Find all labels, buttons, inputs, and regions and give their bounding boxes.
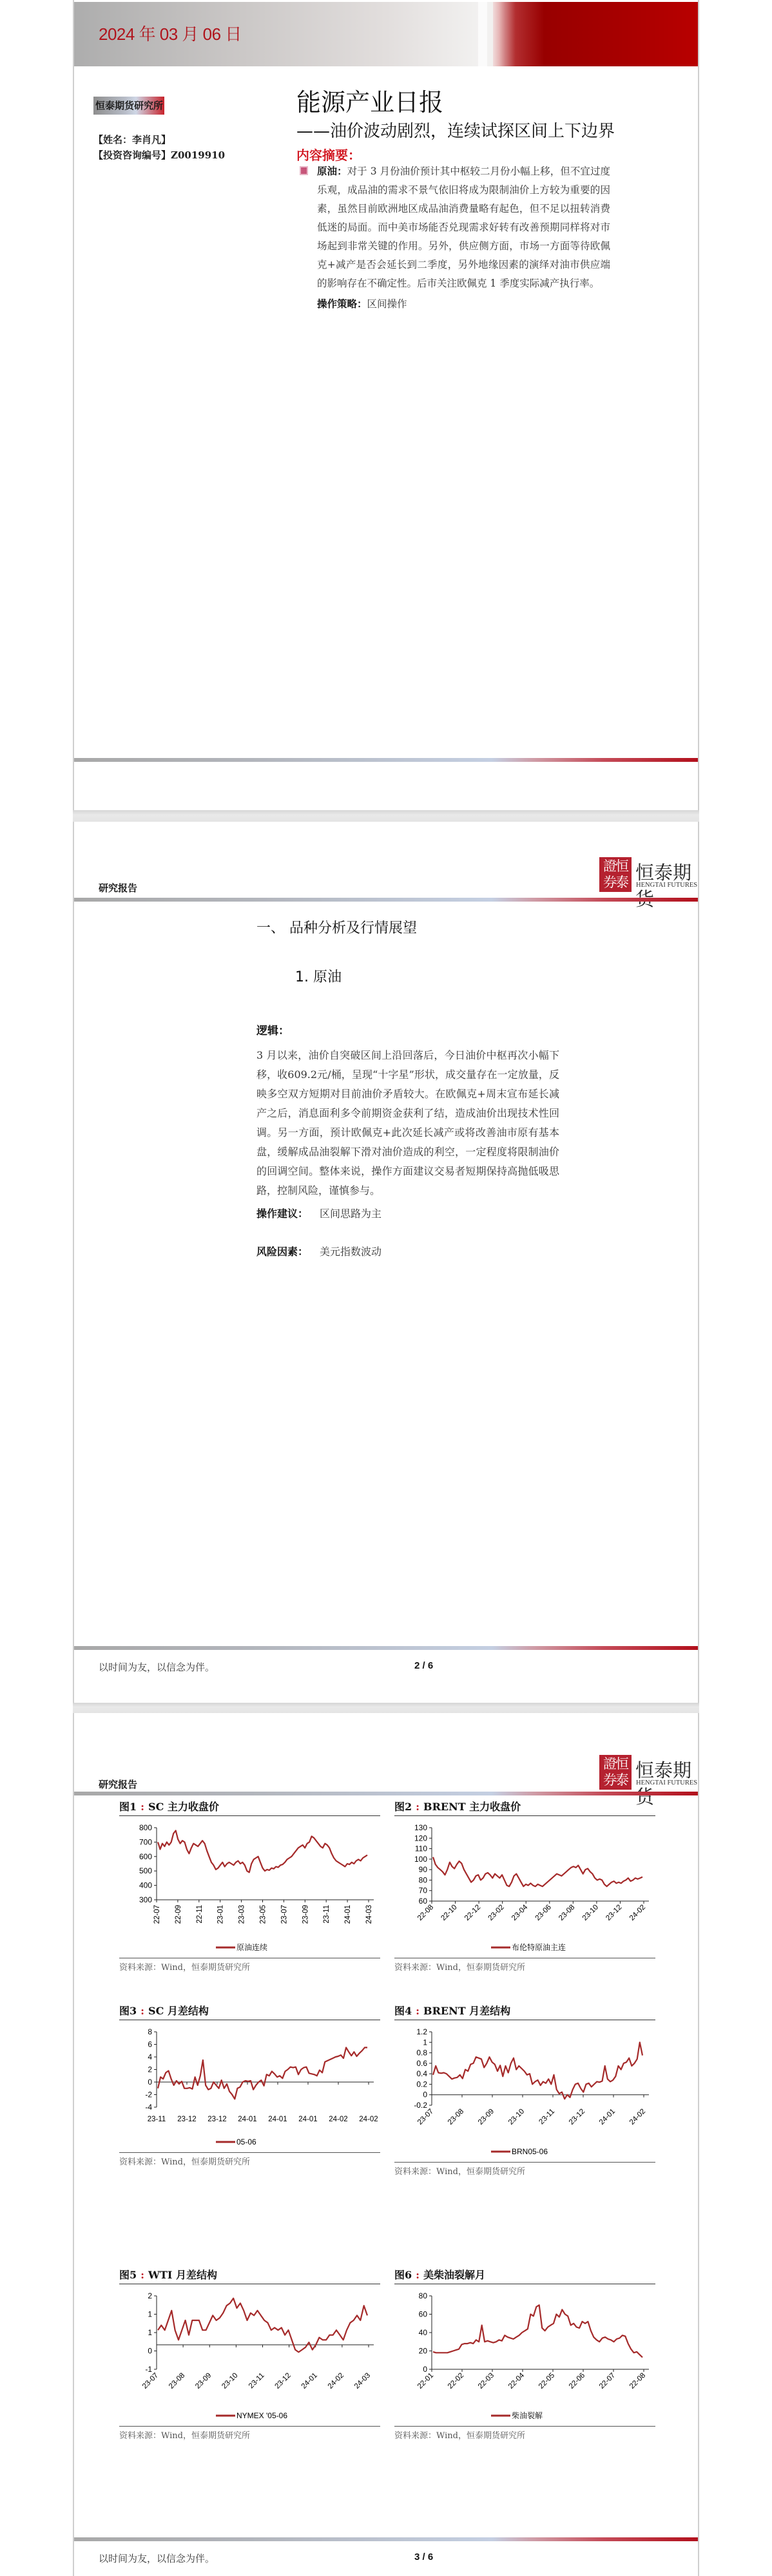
svg-text:800: 800 [139, 1823, 152, 1832]
svg-text:22-01: 22-01 [416, 2372, 435, 2391]
svg-text:23-08: 23-08 [557, 1904, 576, 1922]
svg-text:0: 0 [423, 2090, 427, 2099]
header-divider [74, 1792, 698, 1795]
svg-text:23-10: 23-10 [507, 2108, 526, 2126]
svg-text:1: 1 [423, 2038, 427, 2047]
svg-text:24-01: 24-01 [300, 2372, 319, 2391]
svg-text:80: 80 [419, 2291, 428, 2300]
section-title: 一、 品种分析及行情展望 [256, 917, 417, 937]
svg-text:23-11: 23-11 [537, 2108, 556, 2126]
footer-divider [74, 1646, 698, 1650]
chart-plot: -0.200.20.40.60.811.223-0723-0823-0923-1… [394, 2020, 655, 2162]
footer-divider [74, 758, 698, 762]
company-logo: 證恒券泰 恒泰期货 HENGTAI FUTURES [599, 1755, 709, 1791]
logo-seal-icon: 證恒券泰 [599, 1755, 632, 1790]
svg-text:22-06: 22-06 [568, 2372, 586, 2391]
author-info: 【姓名：李肖凡】 【投资咨询编号】Z0019910 [93, 132, 225, 163]
chart-plot: 6070809010011012013022-0822-1022-1223-02… [394, 1816, 655, 1958]
svg-text:80: 80 [419, 1875, 428, 1884]
chart-plot: -1011223-0723-0823-0923-1023-1123-1224-0… [119, 2284, 380, 2426]
svg-text:70: 70 [419, 1886, 428, 1895]
svg-text:110: 110 [415, 1844, 427, 1853]
date-banner: 2024 年 03 月 06 日 [74, 2, 698, 66]
page-number: 2 / 6 [414, 1660, 433, 1671]
logic-paragraph: 3 月以来，油价自突破区间上沿回落后，今日油价中枢再次小幅下移，收609.2元/… [256, 1046, 559, 1200]
svg-text:130: 130 [414, 1823, 427, 1832]
report-subtitle: ——油价波动剧烈，连续试探区间上下边界 [296, 118, 615, 142]
svg-text:23-10: 23-10 [220, 2372, 239, 2391]
svg-text:22-10: 22-10 [439, 1904, 458, 1922]
chart-title: 图6:美柴油裂解月 [394, 2267, 665, 2284]
svg-text:22-07: 22-07 [153, 1905, 161, 1924]
advice-label: 操作建议： [256, 1207, 308, 1220]
svg-text:1: 1 [148, 2328, 152, 2337]
chart-plot: -4-20246823-1123-1223-1224-0124-0124-012… [119, 2020, 380, 2152]
chart-source: 资料来源：Wind，恒泰期货研究所 [394, 2429, 665, 2441]
svg-text:6: 6 [148, 2040, 152, 2049]
svg-text:22-07: 22-07 [598, 2372, 617, 2391]
svg-text:24-02: 24-02 [329, 2116, 347, 2123]
svg-text:2: 2 [148, 2065, 152, 2074]
svg-text:05-06: 05-06 [236, 2137, 256, 2146]
page-gap [73, 1703, 699, 1713]
svg-text:布伦特原油主连: 布伦特原油主连 [512, 1942, 566, 1952]
svg-text:700: 700 [139, 1837, 152, 1846]
svg-text:0: 0 [148, 2078, 152, 2087]
svg-text:-0.2: -0.2 [414, 2101, 427, 2110]
summary-text: 对于 3 月份油价预计其中枢较二月份小幅上移，但不宜过度乐观，成品油的需求不景气… [317, 166, 610, 289]
chart-fig3: 图3:SC 月差结构-4-20246823-1123-1223-1224-012… [119, 2003, 390, 2167]
chart-fig6: 图6:美柴油裂解月02040608022-0122-0222-0322-0422… [394, 2267, 665, 2441]
svg-text:22-12: 22-12 [463, 1904, 482, 1922]
report-date: 2024 年 03 月 06 日 [99, 21, 242, 45]
author-name: 【姓名：李肖凡】 [93, 132, 225, 147]
summary-label: 原油： [317, 165, 347, 177]
svg-text:23-11: 23-11 [323, 1905, 331, 1924]
risk-label: 风险因素： [256, 1245, 308, 1258]
chart-bottom-rule [394, 2426, 655, 2427]
chart-source: 资料来源：Wind，恒泰期货研究所 [119, 1960, 390, 1973]
footer-motto: 以时间为友，以信念为伴。 [99, 2552, 215, 2565]
chart-plot: 02040608022-0122-0222-0322-0422-0522-062… [394, 2284, 655, 2426]
page-1: 2024 年 03 月 06 日 恒泰期货研究所 【姓名：李肖凡】 【投资咨询编… [73, 0, 699, 810]
svg-text:24-03: 24-03 [353, 2372, 372, 2391]
svg-text:23-09: 23-09 [302, 1905, 309, 1924]
svg-text:23-01: 23-01 [217, 1905, 225, 1924]
page-number: 3 / 6 [414, 2552, 433, 2562]
svg-text:90: 90 [419, 1865, 428, 1874]
bullet-seal-icon [300, 166, 308, 175]
chart-fig5: 图5:WTI 月差结构-1011223-0723-0823-0923-1023-… [119, 2267, 390, 2441]
svg-text:0.2: 0.2 [416, 2079, 427, 2088]
svg-text:23-02: 23-02 [487, 1904, 505, 1922]
svg-text:22-08: 22-08 [628, 2372, 647, 2391]
report-title: 能源产业日报 [296, 82, 443, 118]
chart-title: 图2:BRENT 主力收盘价 [394, 1799, 665, 1815]
svg-text:24-01: 24-01 [268, 2116, 287, 2123]
author-license: 【投资咨询编号】Z0019910 [93, 147, 225, 163]
svg-text:23-06: 23-06 [534, 1904, 553, 1922]
svg-text:300: 300 [139, 1895, 152, 1904]
svg-text:23-12: 23-12 [604, 1904, 623, 1922]
svg-text:23-08: 23-08 [168, 2372, 186, 2391]
svg-text:0.4: 0.4 [416, 2069, 427, 2078]
footer-motto: 以时间为友，以信念为伴。 [99, 1660, 215, 1674]
chart-bottom-rule [119, 2152, 380, 2153]
strategy-value: 区间操作 [367, 298, 407, 310]
page-3: 研究报告 證恒券泰 恒泰期货 HENGTAI FUTURES 图1:SC 主力收… [73, 1713, 699, 2576]
strategy-label: 操作策略： [317, 298, 367, 310]
svg-text:24-01: 24-01 [598, 2108, 617, 2126]
svg-text:-1: -1 [145, 2365, 152, 2374]
svg-text:柴油裂解: 柴油裂解 [512, 2410, 543, 2420]
chart-source: 资料来源：Wind，恒泰期货研究所 [394, 2164, 665, 2177]
svg-text:60: 60 [419, 2310, 428, 2319]
summary-body: 原油：对于 3 月份油价预计其中枢较二月份小幅上移，但不宜过度乐观，成品油的需求… [317, 162, 610, 293]
chart-plot: 30040050060070080022-0722-0922-1123-0123… [119, 1816, 380, 1958]
svg-text:23-09: 23-09 [194, 2372, 213, 2391]
svg-text:23-12: 23-12 [568, 2108, 586, 2126]
chart-fig4: 图4:BRENT 月差结构-0.200.20.40.60.811.223-072… [394, 2003, 665, 2177]
svg-text:0: 0 [423, 2365, 427, 2374]
chart-title: 图5:WTI 月差结构 [119, 2267, 390, 2284]
header-divider [74, 898, 698, 902]
advice-row: 操作建议：区间思路为主 [256, 1206, 381, 1220]
svg-text:600: 600 [139, 1852, 152, 1861]
chart-source: 资料来源：Wind，恒泰期货研究所 [394, 1960, 665, 1973]
svg-text:24-02: 24-02 [359, 2116, 378, 2123]
svg-text:60: 60 [419, 1897, 428, 1906]
header-label: 研究报告 [99, 1777, 137, 1791]
svg-text:-2: -2 [145, 2090, 152, 2099]
svg-text:23-11: 23-11 [247, 2372, 266, 2391]
footer-divider [74, 2537, 698, 2541]
svg-text:1.2: 1.2 [416, 2027, 427, 2036]
svg-text:24-02: 24-02 [628, 2108, 647, 2126]
company-logo: 證恒券泰 恒泰期货 HENGTAI FUTURES [599, 857, 709, 893]
chart-bottom-rule [394, 2162, 655, 2163]
svg-text:23-12: 23-12 [273, 2372, 292, 2391]
chart-title: 图4:BRENT 月差结构 [394, 2003, 665, 2020]
svg-text:24-01: 24-01 [344, 1905, 352, 1924]
svg-text:23-07: 23-07 [280, 1905, 288, 1924]
logo-name-en: HENGTAI FUTURES [636, 1779, 697, 1786]
logo-seal-icon: 證恒券泰 [599, 857, 632, 892]
svg-text:23-04: 23-04 [510, 1903, 530, 1922]
svg-text:原油连续: 原油连续 [236, 1942, 267, 1952]
svg-text:23-10: 23-10 [581, 1904, 600, 1922]
svg-text:24-03: 24-03 [365, 1905, 373, 1924]
svg-text:23-11: 23-11 [148, 2116, 166, 2123]
svg-text:23-12: 23-12 [177, 2116, 196, 2123]
svg-text:BRN05-06: BRN05-06 [512, 2147, 548, 2156]
svg-text:24-02: 24-02 [628, 1904, 647, 1922]
logic-heading: 逻辑： [256, 1021, 289, 1037]
svg-text:20: 20 [419, 2347, 428, 2356]
org-tag: 恒泰期货研究所 [93, 97, 164, 115]
svg-text:22-04: 22-04 [507, 2371, 526, 2391]
chart-title: 图3:SC 月差结构 [119, 2003, 390, 2020]
page-gap [73, 810, 699, 822]
summary-heading: 内容摘要： [296, 145, 361, 164]
svg-text:23-08: 23-08 [447, 2108, 465, 2126]
chart-fig2: 图2:BRENT 主力收盘价6070809010011012013022-082… [394, 1799, 665, 1973]
svg-text:23-05: 23-05 [260, 1905, 267, 1924]
banner-red-block [493, 2, 698, 66]
svg-text:8: 8 [148, 2027, 152, 2036]
svg-text:22-11: 22-11 [196, 1905, 204, 1924]
svg-text:22-03: 22-03 [477, 2372, 496, 2391]
svg-text:2: 2 [148, 2291, 152, 2300]
svg-text:23-07: 23-07 [141, 2372, 160, 2391]
svg-text:400: 400 [139, 1881, 152, 1890]
svg-text:24-01: 24-01 [238, 2116, 256, 2123]
svg-text:0: 0 [148, 2347, 152, 2356]
page-2: 研究报告 證恒券泰 恒泰期货 HENGTAI FUTURES 一、 品种分析及行… [73, 822, 699, 1703]
chart-title: 图1:SC 主力收盘价 [119, 1799, 390, 1815]
svg-text:24-01: 24-01 [298, 2116, 317, 2123]
strategy: 操作策略：区间操作 [317, 296, 407, 310]
logo-name-en: HENGTAI FUTURES [636, 882, 697, 889]
svg-text:0.6: 0.6 [416, 2059, 427, 2068]
chart-fig1: 图1:SC 主力收盘价30040050060070080022-0722-092… [119, 1799, 390, 1973]
svg-text:-4: -4 [145, 2103, 152, 2112]
svg-text:23-12: 23-12 [207, 2116, 226, 2123]
risk-row: 风险因素：美元指数波动 [256, 1244, 381, 1258]
svg-text:22-05: 22-05 [537, 2372, 556, 2391]
advice-value: 区间思路为主 [320, 1207, 381, 1220]
svg-text:23-09: 23-09 [477, 2108, 496, 2126]
svg-text:22-09: 22-09 [175, 1905, 182, 1924]
chart-bottom-rule [394, 1958, 655, 1958]
svg-text:23-03: 23-03 [238, 1905, 246, 1924]
svg-text:500: 500 [139, 1866, 152, 1875]
svg-text:23-07: 23-07 [416, 2108, 435, 2126]
risk-value: 美元指数波动 [320, 1245, 381, 1258]
svg-text:4: 4 [148, 2052, 152, 2061]
svg-text:24-02: 24-02 [327, 2372, 345, 2391]
header-label: 研究报告 [99, 881, 137, 895]
chart-source: 资料来源：Wind，恒泰期货研究所 [119, 2429, 390, 2441]
svg-text:22-08: 22-08 [416, 1904, 435, 1922]
chart-bottom-rule [119, 1958, 380, 1958]
svg-text:1: 1 [148, 2310, 152, 2319]
svg-text:0.8: 0.8 [416, 2049, 427, 2058]
chart-source: 资料来源：Wind，恒泰期货研究所 [119, 2155, 390, 2167]
chart-bottom-rule [119, 2426, 380, 2427]
svg-text:120: 120 [414, 1833, 427, 1842]
svg-text:100: 100 [414, 1855, 427, 1864]
svg-text:22-02: 22-02 [447, 2372, 465, 2391]
svg-text:40: 40 [419, 2328, 428, 2337]
subsection-title: 1. 原油 [295, 966, 342, 986]
svg-text:NYMEX '05-06: NYMEX '05-06 [236, 2411, 287, 2420]
